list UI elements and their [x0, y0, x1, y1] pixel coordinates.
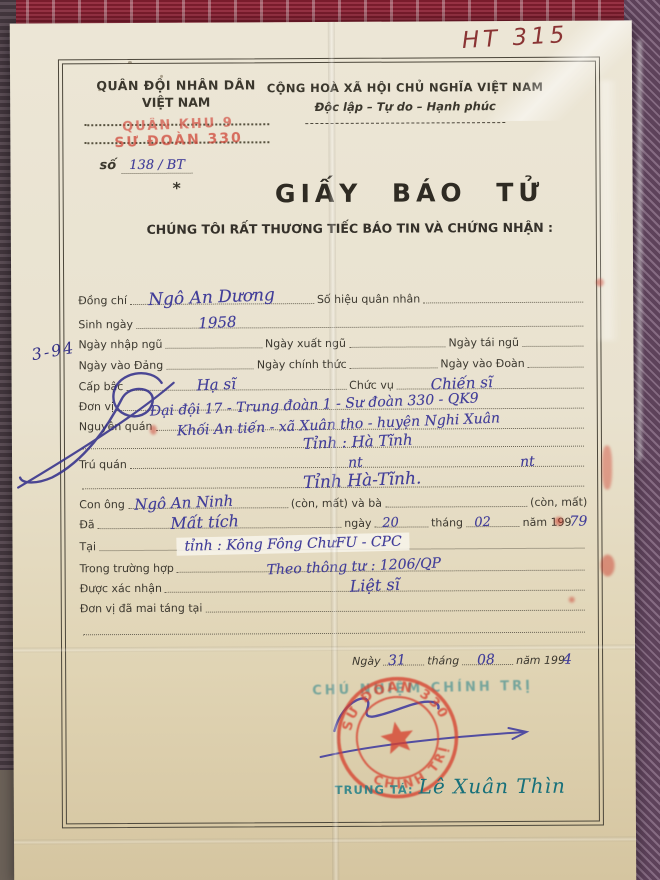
dirt-speck-3 — [98, 89, 101, 91]
archive-number-note: HT 315 — [461, 22, 569, 54]
footer-day-line: 31 — [384, 650, 425, 665]
reenlist-line — [522, 332, 584, 347]
residence-line: nt nt — [130, 452, 584, 469]
footer-day-handwriting: 31 — [388, 652, 406, 669]
footer-month-handwriting: 08 — [477, 652, 495, 669]
died-line: Mất tích — [98, 513, 342, 529]
page-title: GIẤY BÁO TỬ — [275, 178, 545, 208]
enlist-label: Ngày nhập ngũ — [78, 338, 162, 352]
mother-line — [385, 492, 527, 508]
year-label: năm 199 — [523, 516, 572, 530]
reenlist-label: Ngày tái ngũ — [448, 336, 519, 350]
official-line — [350, 353, 438, 368]
birth-label: Sinh ngày — [78, 318, 133, 332]
case-label: Trong trường hợp — [80, 562, 174, 576]
footer-year-handwriting: 4 — [563, 652, 572, 668]
discharge-line — [349, 332, 446, 348]
red-stain-4 — [601, 554, 615, 576]
service-no-line — [423, 288, 583, 304]
position-label: Chức vụ — [349, 379, 394, 393]
youth-label: Ngày vào Đoàn — [440, 357, 524, 371]
red-stain-2 — [602, 445, 612, 489]
signer-line: TRUNG TÁ: Lê Xuân Thìn — [335, 774, 566, 799]
dirt-speck-2 — [160, 75, 163, 78]
residence-ditto2-handwriting: nt — [520, 454, 535, 471]
residence-ditto1-handwriting: nt — [348, 455, 363, 472]
mother-status-label: (còn, mất) — [530, 496, 587, 510]
confirm-label: Được xác nhận — [80, 582, 162, 596]
unit-stamp: QUÂN KHU 9 SƯ ĐOÀN 330 — [83, 114, 274, 153]
birth-line: 1958 — [136, 312, 583, 329]
month-value-handwriting: 02 — [474, 515, 491, 531]
motto-line: Độc lập – Tự do – Hạnh phúc — [255, 99, 555, 115]
year-value-handwriting: 79 — [569, 514, 587, 530]
comrade-line: Ngô An Dương — [130, 289, 314, 305]
died-value-handwriting: Mất tích — [170, 511, 239, 533]
footer-date-prefix: Ngày — [352, 655, 381, 669]
photo-scene: HT 315 QUÂN ĐỘI NHÂN DÂN VIỆT NAM QUÂN K… — [0, 0, 660, 880]
comrade-label: Đồng chí — [78, 294, 127, 308]
rank-value-handwriting: Hạ sĩ — [196, 375, 236, 395]
header-left: QUÂN ĐỘI NHÂN DÂN VIỆT NAM QUÂN KHU 9 SƯ… — [71, 77, 282, 198]
doc-number-label: số — [99, 158, 116, 173]
horizontal-crease-2 — [14, 836, 636, 844]
footer-month-line: 08 — [462, 650, 513, 665]
footer-date-row: Ngày 31 tháng 08 năm 199 4 — [352, 648, 582, 669]
header-right: CỘNG HOÀ XÃ HỘI CHỦ NGHĨA VIỆT NAM Độc l… — [255, 80, 555, 125]
confirm-line: Liệt sĩ — [165, 576, 585, 593]
enlist-line — [165, 333, 262, 349]
died-label: Đã — [79, 518, 94, 532]
case-line: Theo thông tư : 1206/QP — [177, 556, 585, 573]
youth-line — [528, 353, 584, 368]
plastic-sleeve-edge — [637, 40, 642, 460]
document-paper: HT 315 QUÂN ĐỘI NHÂN DÂN VIỆT NAM QUÂN K… — [10, 20, 636, 880]
header-asterisk: * — [72, 178, 282, 198]
confirm-value-handwriting: Liệt sĩ — [349, 575, 400, 596]
margin-signature-flourish — [12, 365, 198, 501]
page-subtitle: CHÚNG TÔI RẤT THƯƠNG TIẾC BÁO TIN VÀ CHỨ… — [130, 220, 570, 237]
birth-value-handwriting: 1958 — [198, 313, 237, 333]
burial-line — [205, 596, 584, 613]
position-line: Chiến sĩ — [397, 374, 584, 390]
residence-value2-handwriting: Tỉnh Hà-Tĩnh. — [303, 468, 422, 493]
army-name-line2: VIỆT NAM — [71, 94, 281, 110]
doc-number-value: 138 / BT — [121, 158, 193, 174]
day-label: ngày — [344, 517, 371, 531]
comrade-name-handwriting: Ngô An Dương — [148, 285, 275, 310]
republic-line: CỘNG HOÀ XÃ HỘI CHỦ NGHĨA VIỆT NAM — [255, 80, 555, 96]
burial-label: Đơn vị đã mai táng tại — [80, 602, 203, 617]
place-label: Tại — [79, 540, 96, 554]
signer-rank-stamp: TRUNG TÁ: — [335, 783, 414, 797]
month-line: 02 — [466, 512, 520, 527]
footer-year-label: năm 199 — [516, 654, 565, 668]
place-line: tỉnh : Kông Fông ChưFU - CPC — [99, 534, 585, 552]
day-value-handwriting: 20 — [382, 515, 399, 531]
day-line: 20 — [374, 512, 428, 527]
army-name-line1: QUÂN ĐỘI NHÂN DÂN — [71, 77, 281, 93]
seal-star-icon — [378, 719, 416, 756]
native-line: Khối An tiến - xã Xuân tho - huyện Nghi … — [155, 414, 583, 431]
signer-name-handwriting: Lê Xuân Thìn — [419, 774, 566, 799]
place-value-handwriting: tỉnh : Kông Fông ChưFU - CPC — [177, 533, 411, 556]
dirt-speck-1 — [128, 61, 132, 64]
month-label: tháng — [431, 516, 463, 530]
